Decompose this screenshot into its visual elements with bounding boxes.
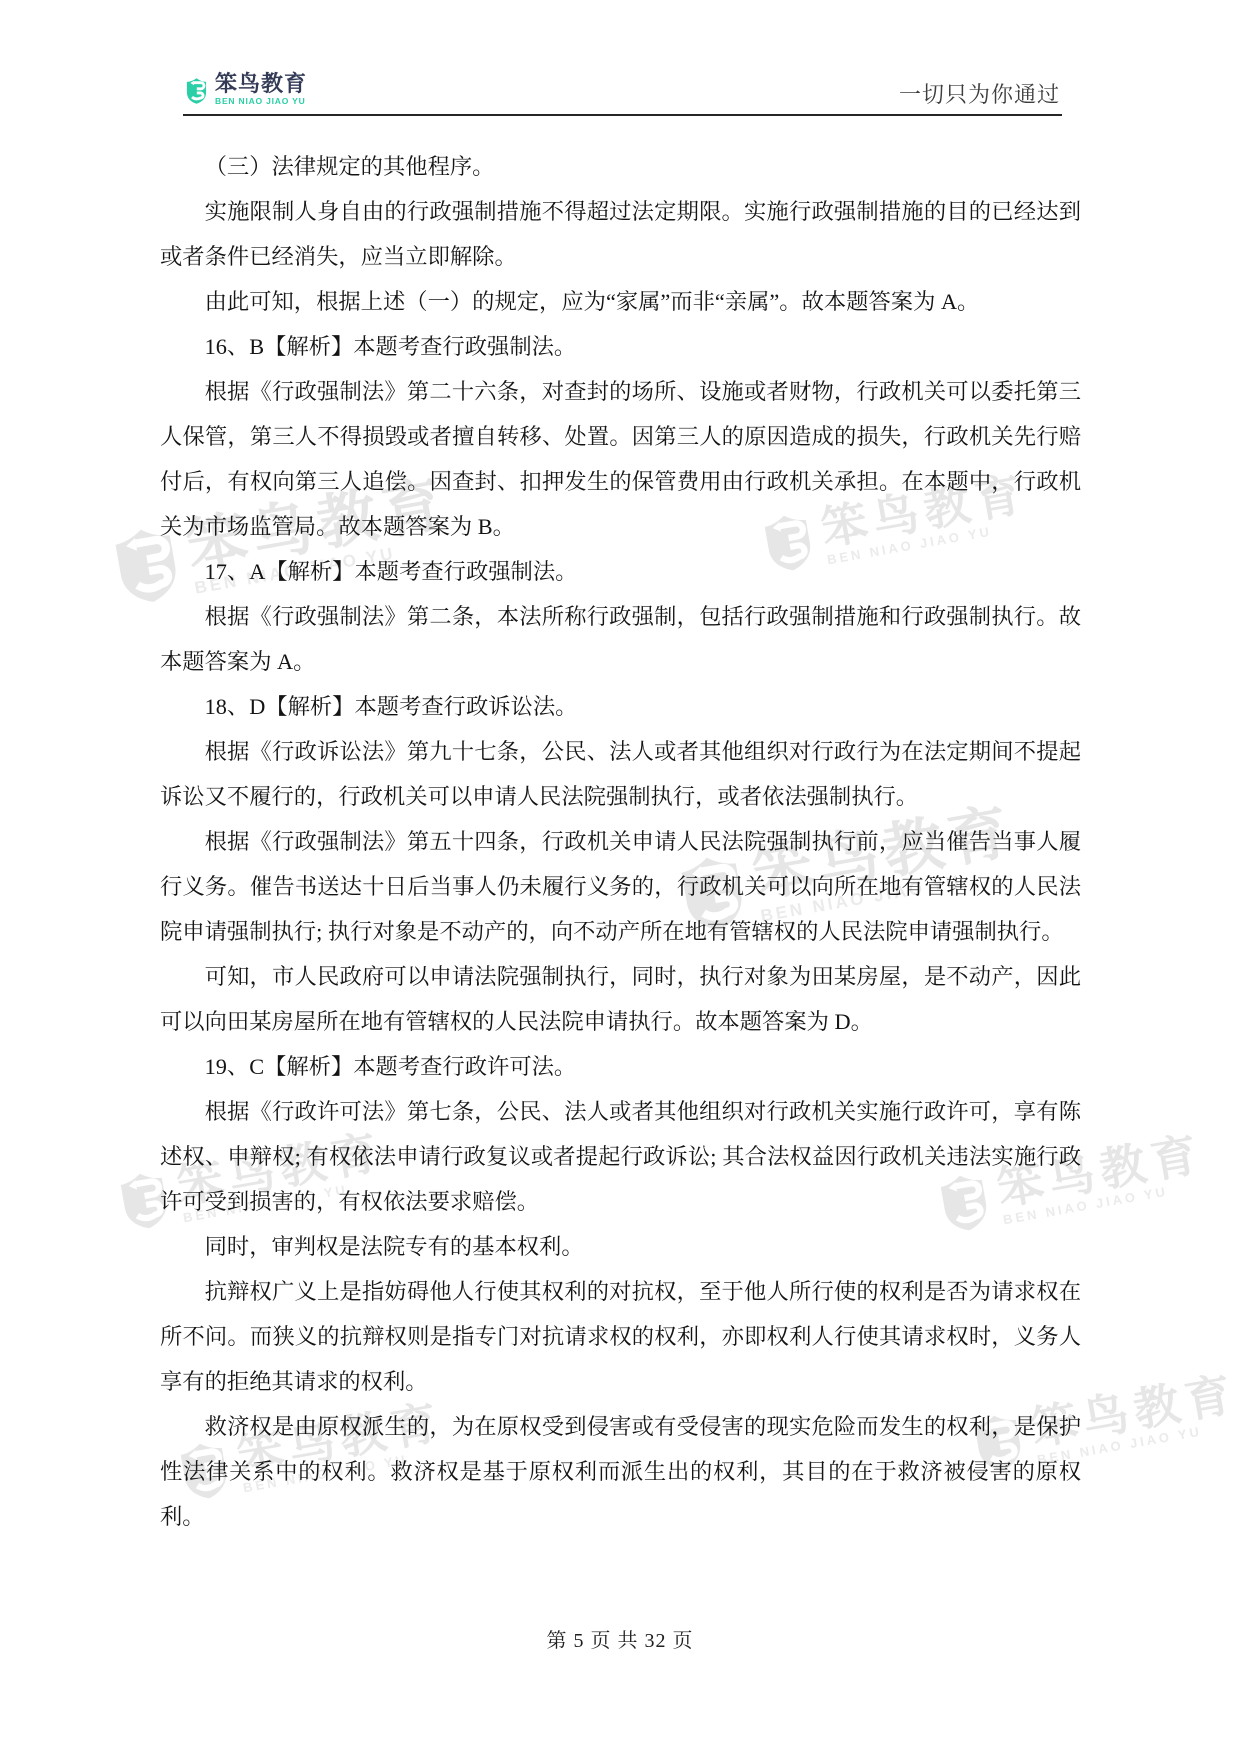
paragraph: 根据《行政强制法》第五十四条，行政机关申请人民法院强制执行前，应当催告当事人履行… bbox=[160, 819, 1081, 954]
brand-logo: 笨鸟教育 BEN NIAO JIAO YU bbox=[185, 72, 307, 110]
paragraph: 根据《行政强制法》第二条，本法所称行政强制，包括行政强制措施和行政强制执行。故本… bbox=[160, 594, 1081, 684]
page-number: 第 5 页 共 32 页 bbox=[0, 1624, 1240, 1653]
paragraph: 19、C【解析】本题考查行政许可法。 bbox=[160, 1044, 1081, 1089]
paragraph: 同时，审判权是法院专有的基本权利。 bbox=[160, 1224, 1081, 1269]
document-page: 笨鸟教育 BEN NIAO JIAO YU 笨鸟教育 BEN NIAO JIAO… bbox=[0, 0, 1240, 1754]
brand-bird-shield-icon bbox=[185, 72, 208, 110]
paragraph: 根据《行政诉讼法》第九十七条，公民、法人或者其他组织对行政行为在法定期间不提起诉… bbox=[160, 729, 1081, 819]
document-body: （三）法律规定的其他程序。 实施限制人身自由的行政强制措施不得超过法定期限。实施… bbox=[160, 144, 1081, 1539]
paragraph: 抗辩权广义上是指妨碍他人行使其权利的对抗权，至于他人所行使的权利是否为请求权在所… bbox=[160, 1269, 1081, 1404]
paragraph: 可知，市人民政府可以申请法院强制执行，同时，执行对象为田某房屋，是不动产，因此可… bbox=[160, 954, 1081, 1044]
paragraph: 17、A【解析】本题考查行政强制法。 bbox=[160, 549, 1081, 594]
brand-name-cn: 笨鸟教育 bbox=[215, 72, 307, 96]
paragraph: 由此可知，根据上述（一）的规定，应为“家属”而非“亲属”。故本题答案为 A。 bbox=[160, 279, 1081, 324]
header-tagline: 一切只为你通过 bbox=[899, 78, 1060, 109]
paragraph: 根据《行政许可法》第七条，公民、法人或者其他组织对行政机关实施行政许可，享有陈述… bbox=[160, 1089, 1081, 1224]
header-divider bbox=[183, 114, 1062, 116]
paragraph: 根据《行政强制法》第二十六条，对查封的场所、设施或者财物，行政机关可以委托第三人… bbox=[160, 369, 1081, 549]
paragraph: 救济权是由原权派生的，为在原权受到侵害或有受侵害的现实危险而发生的权利，是保护性… bbox=[160, 1404, 1081, 1539]
paragraph: 18、D【解析】本题考查行政诉讼法。 bbox=[160, 684, 1081, 729]
brand-name-en: BEN NIAO JIAO YU bbox=[215, 96, 307, 107]
paragraph: （三）法律规定的其他程序。 bbox=[160, 144, 1081, 189]
paragraph: 16、B【解析】本题考查行政强制法。 bbox=[160, 324, 1081, 369]
paragraph: 实施限制人身自由的行政强制措施不得超过法定期限。实施行政强制措施的目的已经达到或… bbox=[160, 189, 1081, 279]
